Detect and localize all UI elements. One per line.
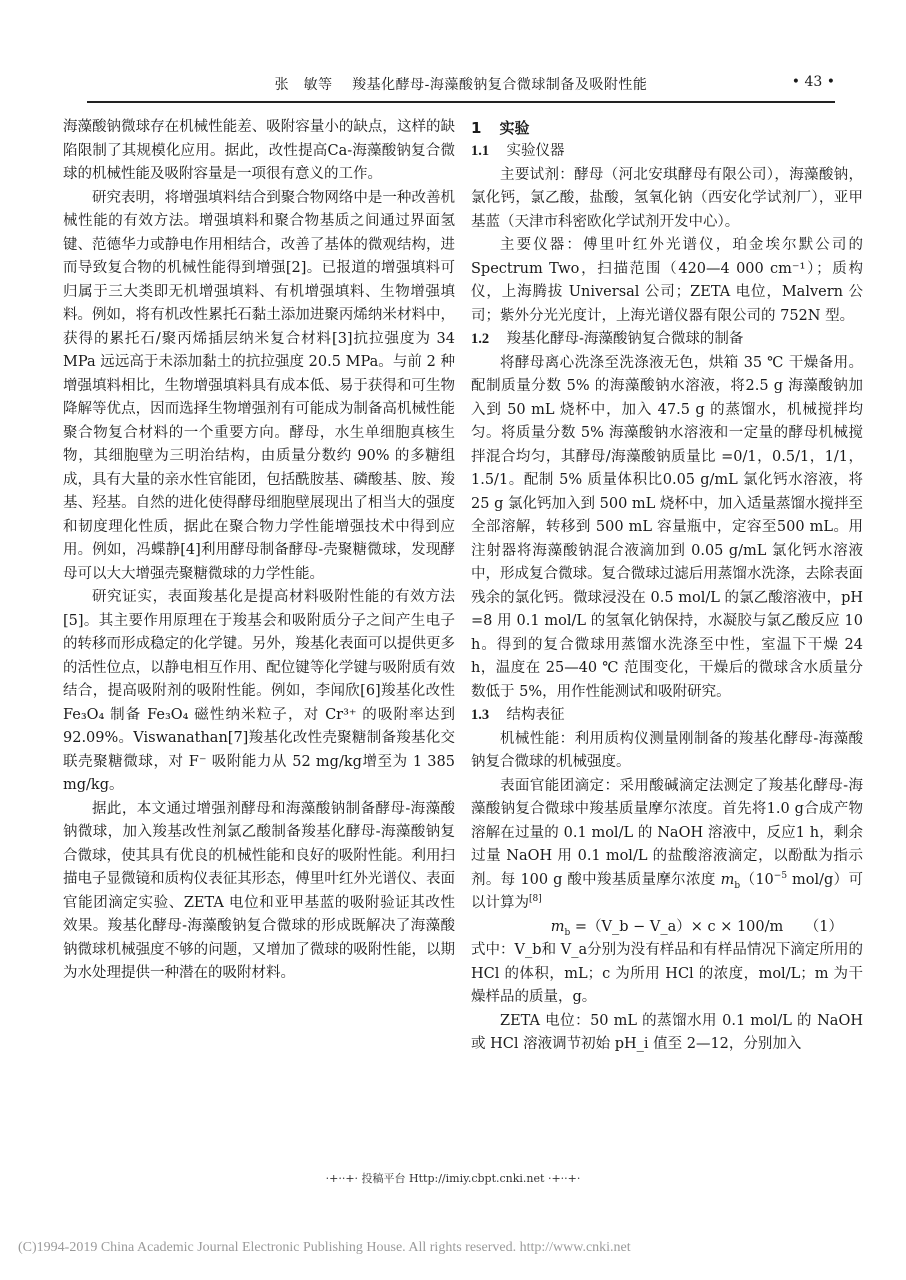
running-header-title: 张 敏等 羧基化酵母-海藻酸钠复合微球制备及吸附性能 xyxy=(87,74,835,94)
running-header: 张 敏等 羧基化酵母-海藻酸钠复合微球制备及吸附性能 • 43 • xyxy=(87,74,835,98)
subsection-heading-1-2: 1.2羧基化酵母-海藻酸钠复合微球的制备 xyxy=(471,328,863,352)
paragraph-preparation: 将酵母离心洗涤至洗涤液无色，烘箱 35 ℃ 干燥备用。配制质量分数 5% 的海藻… xyxy=(471,352,863,705)
paragraph-mechanical: 机械性能：利用质构仪测量刚制备的羧基化酵母-海藻酸钠复合微球的机械强度。 xyxy=(471,728,863,775)
paragraph-reinforcement: 研究表明，将增强填料结合到聚合物网络中是一种改善机械性能的有效方法。增强填料和聚… xyxy=(63,187,455,587)
header-article-title: 羧基化酵母-海藻酸钠复合微球制备及吸附性能 xyxy=(352,77,647,93)
paragraph-instruments: 主要仪器：傅里叶红外光谱仪，珀金埃尔默公司的 Spectrum Two，扫描范围… xyxy=(471,234,863,328)
paragraph-formula-explanation: 式中：V_b和 V_a分别为没有样品和有样品情况下滴定所用的 HCl 的体积，m… xyxy=(471,939,863,1010)
paragraph-carboxylation: 研究证实，表面羧基化是提高材料吸附性能的有效方法[5]。其主要作用原理在于羧基会… xyxy=(63,586,455,798)
paragraph-zeta: ZETA 电位：50 mL 的蒸馏水用 0.1 mol/L 的 NaOH 或 H… xyxy=(471,1010,863,1057)
right-column: 1实验 1.1实验仪器 主要试剂：酵母（河北安琪酵母有限公司），海藻酸钠，氯化钙… xyxy=(471,116,863,1057)
paragraph-reagents: 主要试剂：酵母（河北安琪酵母有限公司），海藻酸钠，氯化钙，氯乙酸，盐酸，氢氧化钠… xyxy=(471,164,863,235)
subsection-heading-1-3: 1.3结构表征 xyxy=(471,704,863,728)
left-column: 海藻酸钠微球存在机械性能差、吸附容量小的缺点，这样的缺陷限制了其规模化应用。据此… xyxy=(63,116,455,986)
page-number: • 43 • xyxy=(792,74,835,90)
copyright-notice: (C)1994-2019 China Academic Journal Elec… xyxy=(18,1240,631,1256)
paragraph-objective: 据此，本文通过增强剂酵母和海藻酸钠制备酵母-海藻酸钠微球，加入羧基改性剂氯乙酸制… xyxy=(63,798,455,986)
submission-platform-footer: ·+··+· 投稿平台 Http://imiy.cbpt.cnki.net ·+… xyxy=(0,1170,906,1186)
section-heading-experiment: 1实验 xyxy=(471,116,863,140)
paragraph-titration: 表面官能团滴定：采用酸碱滴定法测定了羧基化酵母-海藻酸钠复合微球中羧基质量摩尔浓… xyxy=(471,775,863,916)
subsection-heading-1-1: 1.1实验仪器 xyxy=(471,140,863,164)
equation-1: mb =（V_b − V_a）× c × 100/m （1） xyxy=(471,916,863,940)
header-divider xyxy=(87,101,835,103)
equation-number: （1） xyxy=(805,916,843,940)
paragraph-continued: 海藻酸钠微球存在机械性能差、吸附容量小的缺点，这样的缺陷限制了其规模化应用。据此… xyxy=(63,116,455,187)
header-authors: 张 敏等 xyxy=(275,77,333,93)
